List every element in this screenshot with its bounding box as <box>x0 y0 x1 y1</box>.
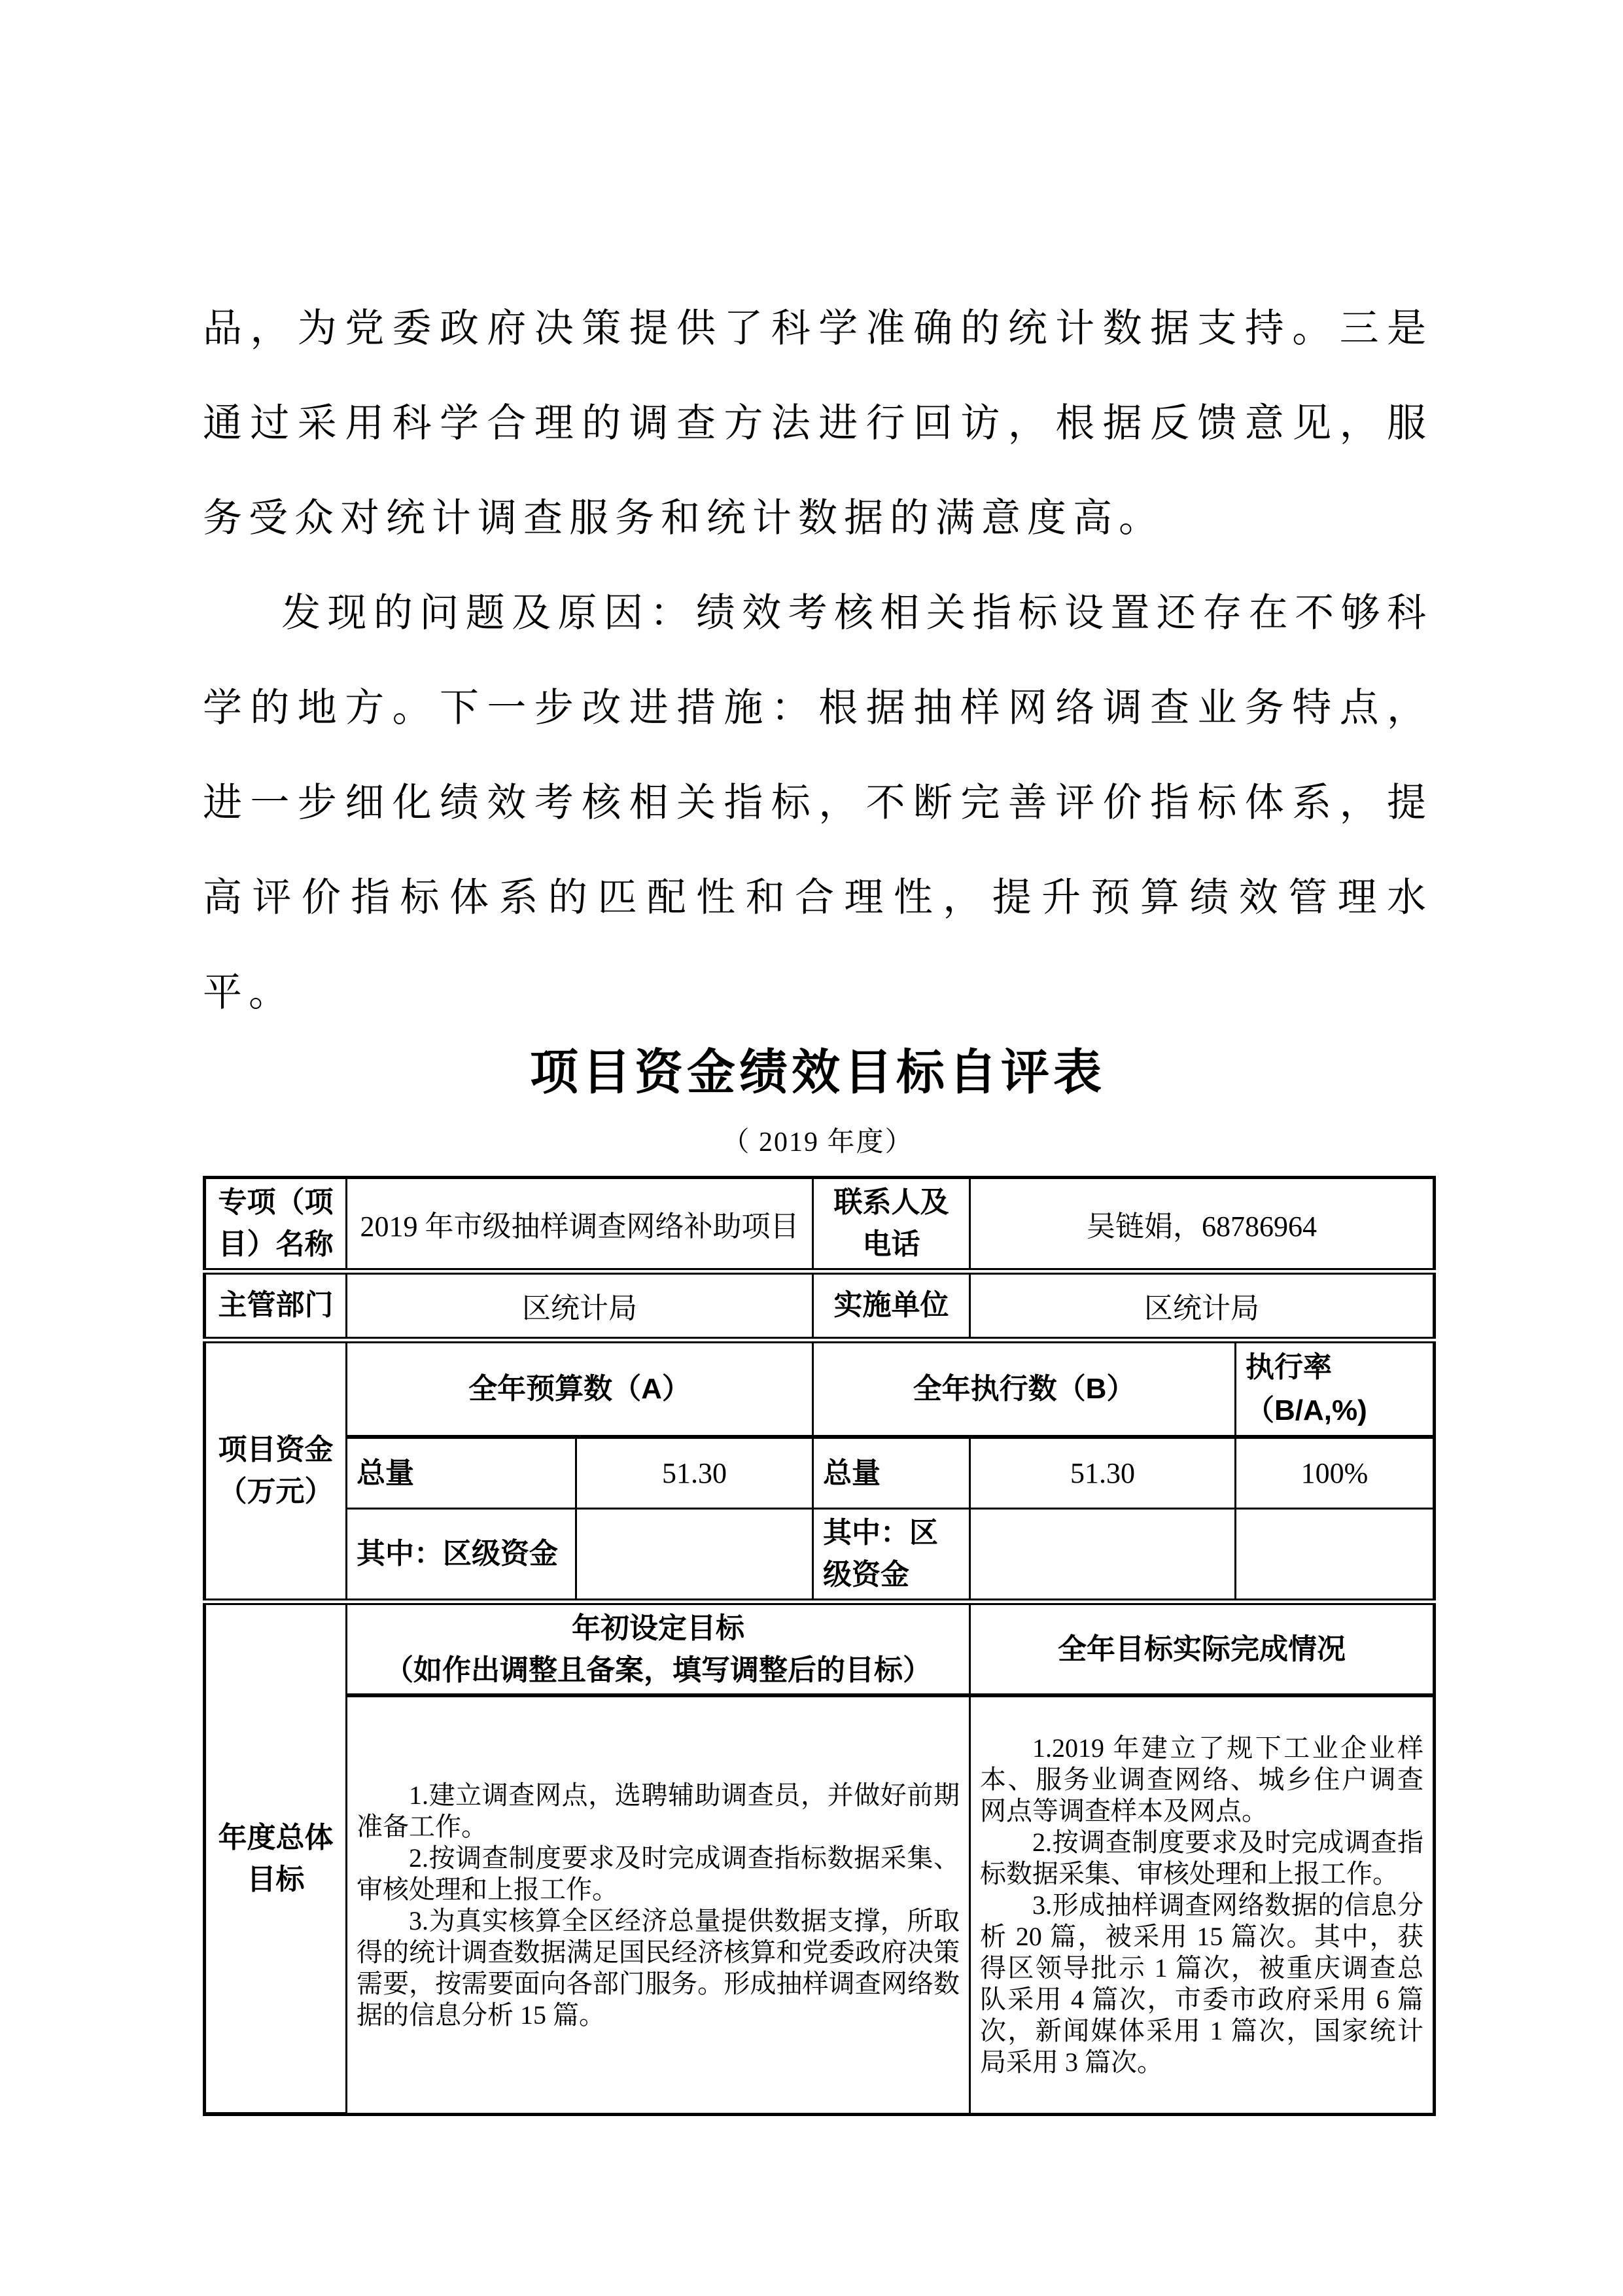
table-row: 总量 51.30 总量 51.30 100% <box>205 1437 1435 1509</box>
exec-detail-label: 其中：区级资金 <box>813 1509 970 1602</box>
table-title: 项目资金绩效目标自评表 <box>203 1046 1433 1101</box>
rate-value: 100% <box>1236 1437 1435 1509</box>
exec-detail-value <box>970 1509 1236 1602</box>
table-row: 主管部门 区统计局 实施单位 区统计局 <box>205 1271 1435 1340</box>
table-row: 项目资金（万元） 全年预算数（A） 全年执行数（B） 执行率 （B/A,%) <box>205 1340 1435 1437</box>
table-row: 其中：区级资金 其中：区级资金 <box>205 1509 1435 1602</box>
initial-goal-item: 1.建立调查网点，选聘辅助调查员，并做好前期准备工作。 <box>357 1780 960 1843</box>
page-content: 品，为党委政府决策提供了科学准确的统计数据支持。三是通过采用科学合理的调查方法进… <box>203 281 1433 2116</box>
rate-detail-value <box>1236 1509 1435 1602</box>
table-row: 1.建立调查网点，选聘辅助调查员，并做好前期准备工作。 2.按调查制度要求及时完… <box>205 1695 1435 2114</box>
exec-total-value: 51.30 <box>970 1437 1236 1509</box>
impl-value: 区统计局 <box>970 1271 1435 1340</box>
dept-label: 主管部门 <box>205 1271 347 1340</box>
exec-header: 全年执行数（B） <box>813 1340 1236 1437</box>
initial-goal-item: 2.按调查制度要求及时完成调查指标数据采集、审核处理和上报工作。 <box>357 1843 960 1905</box>
document-page: 品，为党委政府决策提供了科学准确的统计数据支持。三是通过采用科学合理的调查方法进… <box>0 0 1623 2296</box>
actual-goal-item: 3.形成抽样调查网络数据的信息分析 20 篇，被采用 15 篇次。其中，获得区领… <box>980 1890 1423 2078</box>
contact-label: 联系人及电话 <box>813 1178 970 1271</box>
table-row: 年度总体目标 年初设定目标 （如作出调整且备案，填写调整后的目标） 全年目标实际… <box>205 1602 1435 1696</box>
budget-detail-label: 其中：区级资金 <box>347 1509 576 1602</box>
paragraph-problems: 发现的问题及原因：绩效考核相关指标设置还存在不够科学的地方。下一步改进措施：根据… <box>203 566 1433 1040</box>
table-row: 专项（项目）名称 2019 年市级抽样调查网络补助项目 联系人及电话 吴链娟，6… <box>205 1178 1435 1271</box>
initial-goal-item: 3.为真实核算全区经济总量提供数据支撑，所取得的统计调查数据满足国民经济核算和党… <box>357 1905 960 2031</box>
impl-label: 实施单位 <box>813 1271 970 1340</box>
actual-goal-header: 全年目标实际完成情况 <box>970 1602 1435 1696</box>
exec-total-label: 总量 <box>813 1437 970 1509</box>
budget-detail-value <box>576 1509 813 1602</box>
table-subtitle: （ 2019 年度） <box>203 1129 1433 1156</box>
budget-header: 全年预算数（A） <box>347 1340 813 1437</box>
paragraph-continuation: 品，为党委政府决策提供了科学准确的统计数据支持。三是通过采用科学合理的调查方法进… <box>203 281 1433 566</box>
initial-goal-content: 1.建立调查网点，选聘辅助调查员，并做好前期准备工作。 2.按调查制度要求及时完… <box>347 1695 970 2114</box>
actual-goal-content: 1.2019 年建立了规下工业企业样本、服务业调查网络、城乡住户调查网点等调查样… <box>970 1695 1435 2114</box>
budget-total-label: 总量 <box>347 1437 576 1509</box>
funds-label: 项目资金（万元） <box>205 1340 347 1602</box>
project-name-value: 2019 年市级抽样调查网络补助项目 <box>347 1178 813 1271</box>
actual-goal-item: 1.2019 年建立了规下工业企业样本、服务业调查网络、城乡住户调查网点等调查样… <box>980 1733 1423 1827</box>
rate-header: 执行率 （B/A,%) <box>1236 1340 1435 1437</box>
body-text: 品，为党委政府决策提供了科学准确的统计数据支持。三是通过采用科学合理的调查方法进… <box>203 281 1433 1040</box>
project-name-label: 专项（项目）名称 <box>205 1178 347 1271</box>
initial-goal-header: 年初设定目标 （如作出调整且备案，填写调整后的目标） <box>347 1602 970 1696</box>
budget-total-value: 51.30 <box>576 1437 813 1509</box>
self-evaluation-table: 专项（项目）名称 2019 年市级抽样调查网络补助项目 联系人及电话 吴链娟，6… <box>203 1176 1436 2116</box>
contact-value: 吴链娟，68786964 <box>970 1178 1435 1271</box>
actual-goal-item: 2.按调查制度要求及时完成调查指标数据采集、审核处理和上报工作。 <box>980 1827 1423 1890</box>
annual-goal-label: 年度总体目标 <box>205 1602 347 2115</box>
dept-value: 区统计局 <box>347 1271 813 1340</box>
